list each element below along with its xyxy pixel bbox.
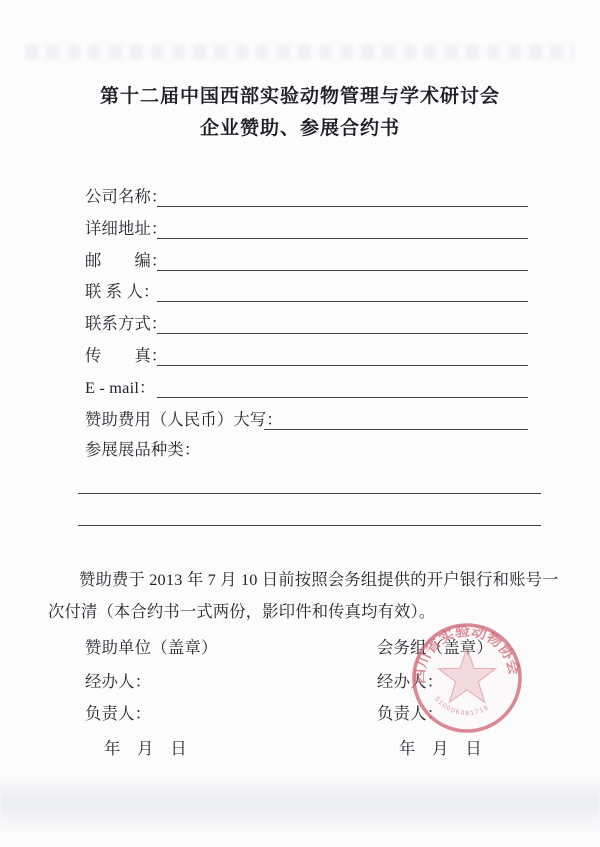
- field-row-address: 详细地址：: [85, 217, 528, 239]
- document-title: 第十二届中国西部实验动物管理与学术研讨会: [0, 87, 600, 107]
- blank-line: [157, 216, 528, 239]
- sponsor-unit-seal-label: 赞助单位（盖章）: [85, 638, 218, 658]
- field-label: 联系方式：: [85, 314, 157, 334]
- field-label: 详细地址：: [85, 219, 157, 239]
- blank-line: [78, 525, 541, 526]
- blank-line: [78, 493, 541, 494]
- blank-line: [157, 248, 528, 271]
- sponsor-date-label: 年 月 日: [104, 739, 187, 759]
- field-label: E - mail：: [85, 378, 157, 398]
- field-row-company-name: 公司名称：: [85, 185, 528, 207]
- sponsor-principal-label: 负责人：: [85, 704, 151, 724]
- field-row-contact-person: 联 系 人：: [85, 280, 528, 302]
- scan-shadow-artifact: [0, 776, 600, 834]
- blank-line: [157, 343, 528, 366]
- field-label: 公司名称：: [85, 187, 157, 207]
- field-label: 赞助费用（人民币）大写：: [85, 410, 264, 430]
- blank-line: [157, 279, 528, 302]
- scanned-contract-page: 第十二届中国西部实验动物管理与学术研讨会 企业赞助、参展合约书 公司名称： 详细…: [0, 0, 600, 847]
- blank-line: [157, 184, 528, 207]
- field-row-email: E - mail：: [85, 376, 528, 398]
- sponsor-handler-label: 经办人：: [85, 672, 151, 692]
- field-label: 邮 编：: [85, 251, 157, 271]
- field-row-contact-method: 联系方式：: [85, 312, 528, 334]
- scan-bleed-artifact: [25, 44, 575, 60]
- field-label: 联 系 人：: [85, 282, 157, 302]
- field-row-sponsor-fee: 赞助费用（人民币）大写：: [85, 408, 528, 430]
- field-label-exhibit-types: 参展展品种类：: [85, 440, 200, 460]
- terms-paragraph-line2: 次付清（本合约书一式两份，影印件和传真均有效）。: [48, 601, 435, 622]
- blank-line: [157, 375, 528, 398]
- field-row-fax: 传 真：: [85, 344, 528, 366]
- document-subtitle: 企业赞助、参展合约书: [0, 119, 600, 139]
- organizer-date-label: 年 月 日: [399, 739, 482, 759]
- blank-line: [264, 407, 528, 430]
- field-label: 传 真：: [85, 346, 157, 366]
- official-red-seal: 四川省实验动物协会 510006081718: [411, 622, 523, 734]
- terms-paragraph-line1: 赞助费于 2013 年 7 月 10 日前按照会务组提供的开户银行和账号一: [79, 569, 559, 590]
- field-row-postcode: 邮 编：: [85, 249, 528, 271]
- blank-line: [157, 311, 528, 334]
